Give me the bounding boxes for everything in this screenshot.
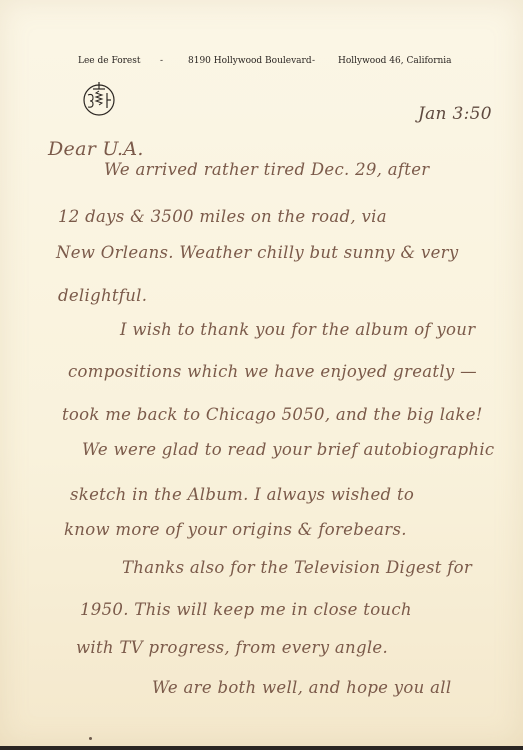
letter-line: took me back to Chicago 5050, and the bi…: [62, 405, 483, 424]
letterhead-address: 8190 Hollywood Boulevard: [188, 56, 312, 66]
letter-line: We are both well, and hope you all: [152, 678, 451, 697]
letterhead-separator: -: [312, 56, 315, 66]
letter-line: know more of your origins & forebears.: [64, 520, 407, 539]
letterhead-name: Lee de Forest: [78, 56, 140, 66]
letter-line: compositions which we have enjoyed great…: [68, 362, 477, 381]
letter-line: New Orleans. Weather chilly but sunny & …: [56, 243, 459, 262]
letter-line: We were glad to read your brief autobiog…: [82, 440, 494, 459]
letter-line: We arrived rather tired Dec. 29, after: [104, 160, 430, 179]
letter-line: sketch in the Album. I always wished to: [70, 485, 414, 504]
triode-monogram-icon: [80, 80, 118, 118]
letter-page: Lee de Forest - 8190 Hollywood Boulevard…: [0, 0, 523, 746]
letterhead-separator: -: [160, 56, 163, 66]
letter-salutation: Dear U.A.: [48, 138, 144, 160]
letter-date: Jan 3:50: [418, 104, 492, 124]
letter-line: I wish to thank you for the album of you…: [120, 320, 475, 339]
letter-line: 12 days & 3500 miles on the road, via: [58, 207, 387, 226]
letter-line: Thanks also for the Television Digest fo…: [122, 558, 472, 577]
letter-line: delightful.: [58, 286, 147, 305]
paper-fleck: [89, 737, 92, 740]
letterhead-city: Hollywood 46, California: [338, 56, 452, 66]
letter-line: with TV progress, from every angle.: [76, 638, 388, 657]
letter-line: 1950. This will keep me in close touch: [80, 600, 412, 619]
